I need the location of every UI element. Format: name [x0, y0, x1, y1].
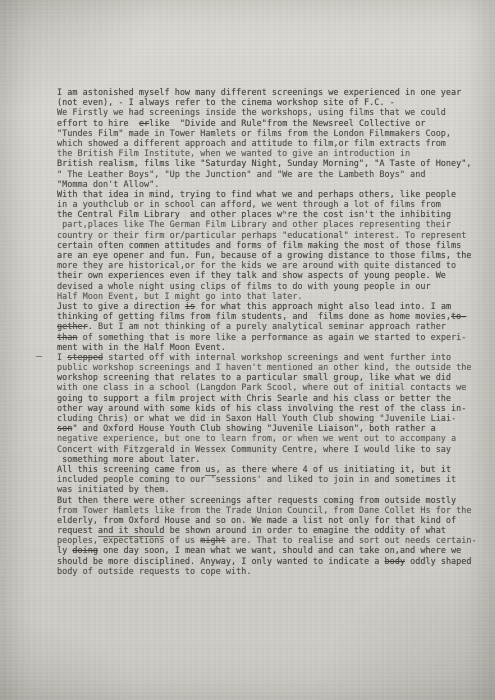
text-line: the Central Film Library and other place… [57, 210, 495, 220]
text-line: the British Film Institute, when we want… [57, 149, 495, 159]
text-line: negative experience, but one to learn fr… [57, 434, 495, 444]
text-line: "Tundes Film" made in Tower Hamlets or f… [57, 129, 495, 139]
text-line: certain often commen attitudes and forms… [57, 241, 495, 251]
typewritten-text: I am astonished myself how many differen… [57, 88, 495, 577]
text-line: something more about later. [57, 455, 495, 465]
struck-text: doing [72, 546, 98, 556]
struck-text: is [185, 302, 195, 312]
text-line: British realism, films like "Saturday Ni… [57, 159, 495, 169]
text-line: public workshop screenings and I haven't… [57, 363, 495, 373]
text-line: devised a whole night using clips of fil… [57, 282, 495, 292]
text-line: Half Moon Event, but I might go into tha… [57, 292, 495, 302]
text-line: are an eye opener and fun. Fun, because … [57, 251, 495, 261]
text-line: ly doing one day soon, I mean what we wa… [57, 546, 495, 556]
text-line: Concert with Fitzgerald in Wessex Commun… [57, 445, 495, 455]
struck-text: stepped [67, 353, 103, 363]
text-line: effort to hire erlike "Divide and Rule"f… [57, 119, 495, 129]
text-line: But then there were other screenings aft… [57, 496, 495, 506]
struck-text: gether [57, 322, 88, 332]
text-line: With that idea in mind, trying to find w… [57, 190, 495, 200]
text-line: part,places like The German Film Library… [57, 220, 495, 230]
text-line: request and it should be shown around in… [57, 526, 495, 536]
text-line: than of something that is more like a pe… [57, 333, 495, 343]
scanned-page: I am astonished myself how many differen… [0, 0, 495, 700]
text-line: "Momma don't Allow". [57, 180, 495, 190]
text-line: ment with in the Half Moon Event. [57, 343, 495, 353]
text-line: included people coming to our 'sessions'… [57, 475, 495, 485]
text-line: other way around with some kids of his c… [57, 404, 495, 414]
text-line: from Tower Hamlets like from the Trade U… [57, 506, 495, 516]
text-line: Just to give a direction is for what thi… [57, 302, 495, 312]
text-line: (not even), - I always refer to the cine… [57, 98, 495, 108]
text-line: I stepped started off with internal work… [57, 353, 495, 363]
text-line: thinking of getting films from film stud… [57, 312, 495, 322]
text-line: their own experiences even if they talk … [57, 271, 495, 281]
text-line: country or their firm or/particular perh… [57, 231, 495, 241]
handwritten-margin-dash: — [36, 351, 42, 362]
text-line: in a youthclub or in school can afford, … [57, 200, 495, 210]
struck-text: body [385, 557, 405, 567]
text-line: more they are historical,or for the kids… [57, 261, 495, 271]
text-line: workshop screening that relates to a par… [57, 373, 495, 383]
text-line: I am astonished myself how many differen… [57, 88, 495, 98]
text-line: body of outside requests to cope with. [57, 567, 495, 577]
text-line: We Firstly we had screenings inside the … [57, 108, 495, 118]
text-line: peoples, expectations of us might are. T… [57, 536, 495, 546]
struck-text: than [57, 333, 77, 343]
text-line: All this screening came from us, as ther… [57, 465, 495, 475]
text-line: with one class in a school (Langdon Park… [57, 383, 495, 393]
text-line: son" and Oxford House Youth Club showing… [57, 424, 495, 434]
text-line: gether. But I am not thinking of a purel… [57, 322, 495, 332]
struck-text: to- [451, 312, 466, 322]
text-line: was initiated by them. [57, 485, 495, 495]
text-line: should be more disciplined. Anyway, I on… [57, 557, 495, 567]
struck-text: might [200, 536, 226, 546]
text-line: going to support a film project with Chr… [57, 394, 495, 404]
text-line: cluding Chris) or what we did in Saxon H… [57, 414, 495, 424]
text-line: elderly, from Oxford House and so on. We… [57, 516, 495, 526]
text-line: " The Leather Boys", "Up the Junction" a… [57, 170, 495, 180]
struck-text: son [57, 424, 72, 434]
struck-text: er [139, 119, 149, 129]
text-line: which showed a different approach and at… [57, 139, 495, 149]
